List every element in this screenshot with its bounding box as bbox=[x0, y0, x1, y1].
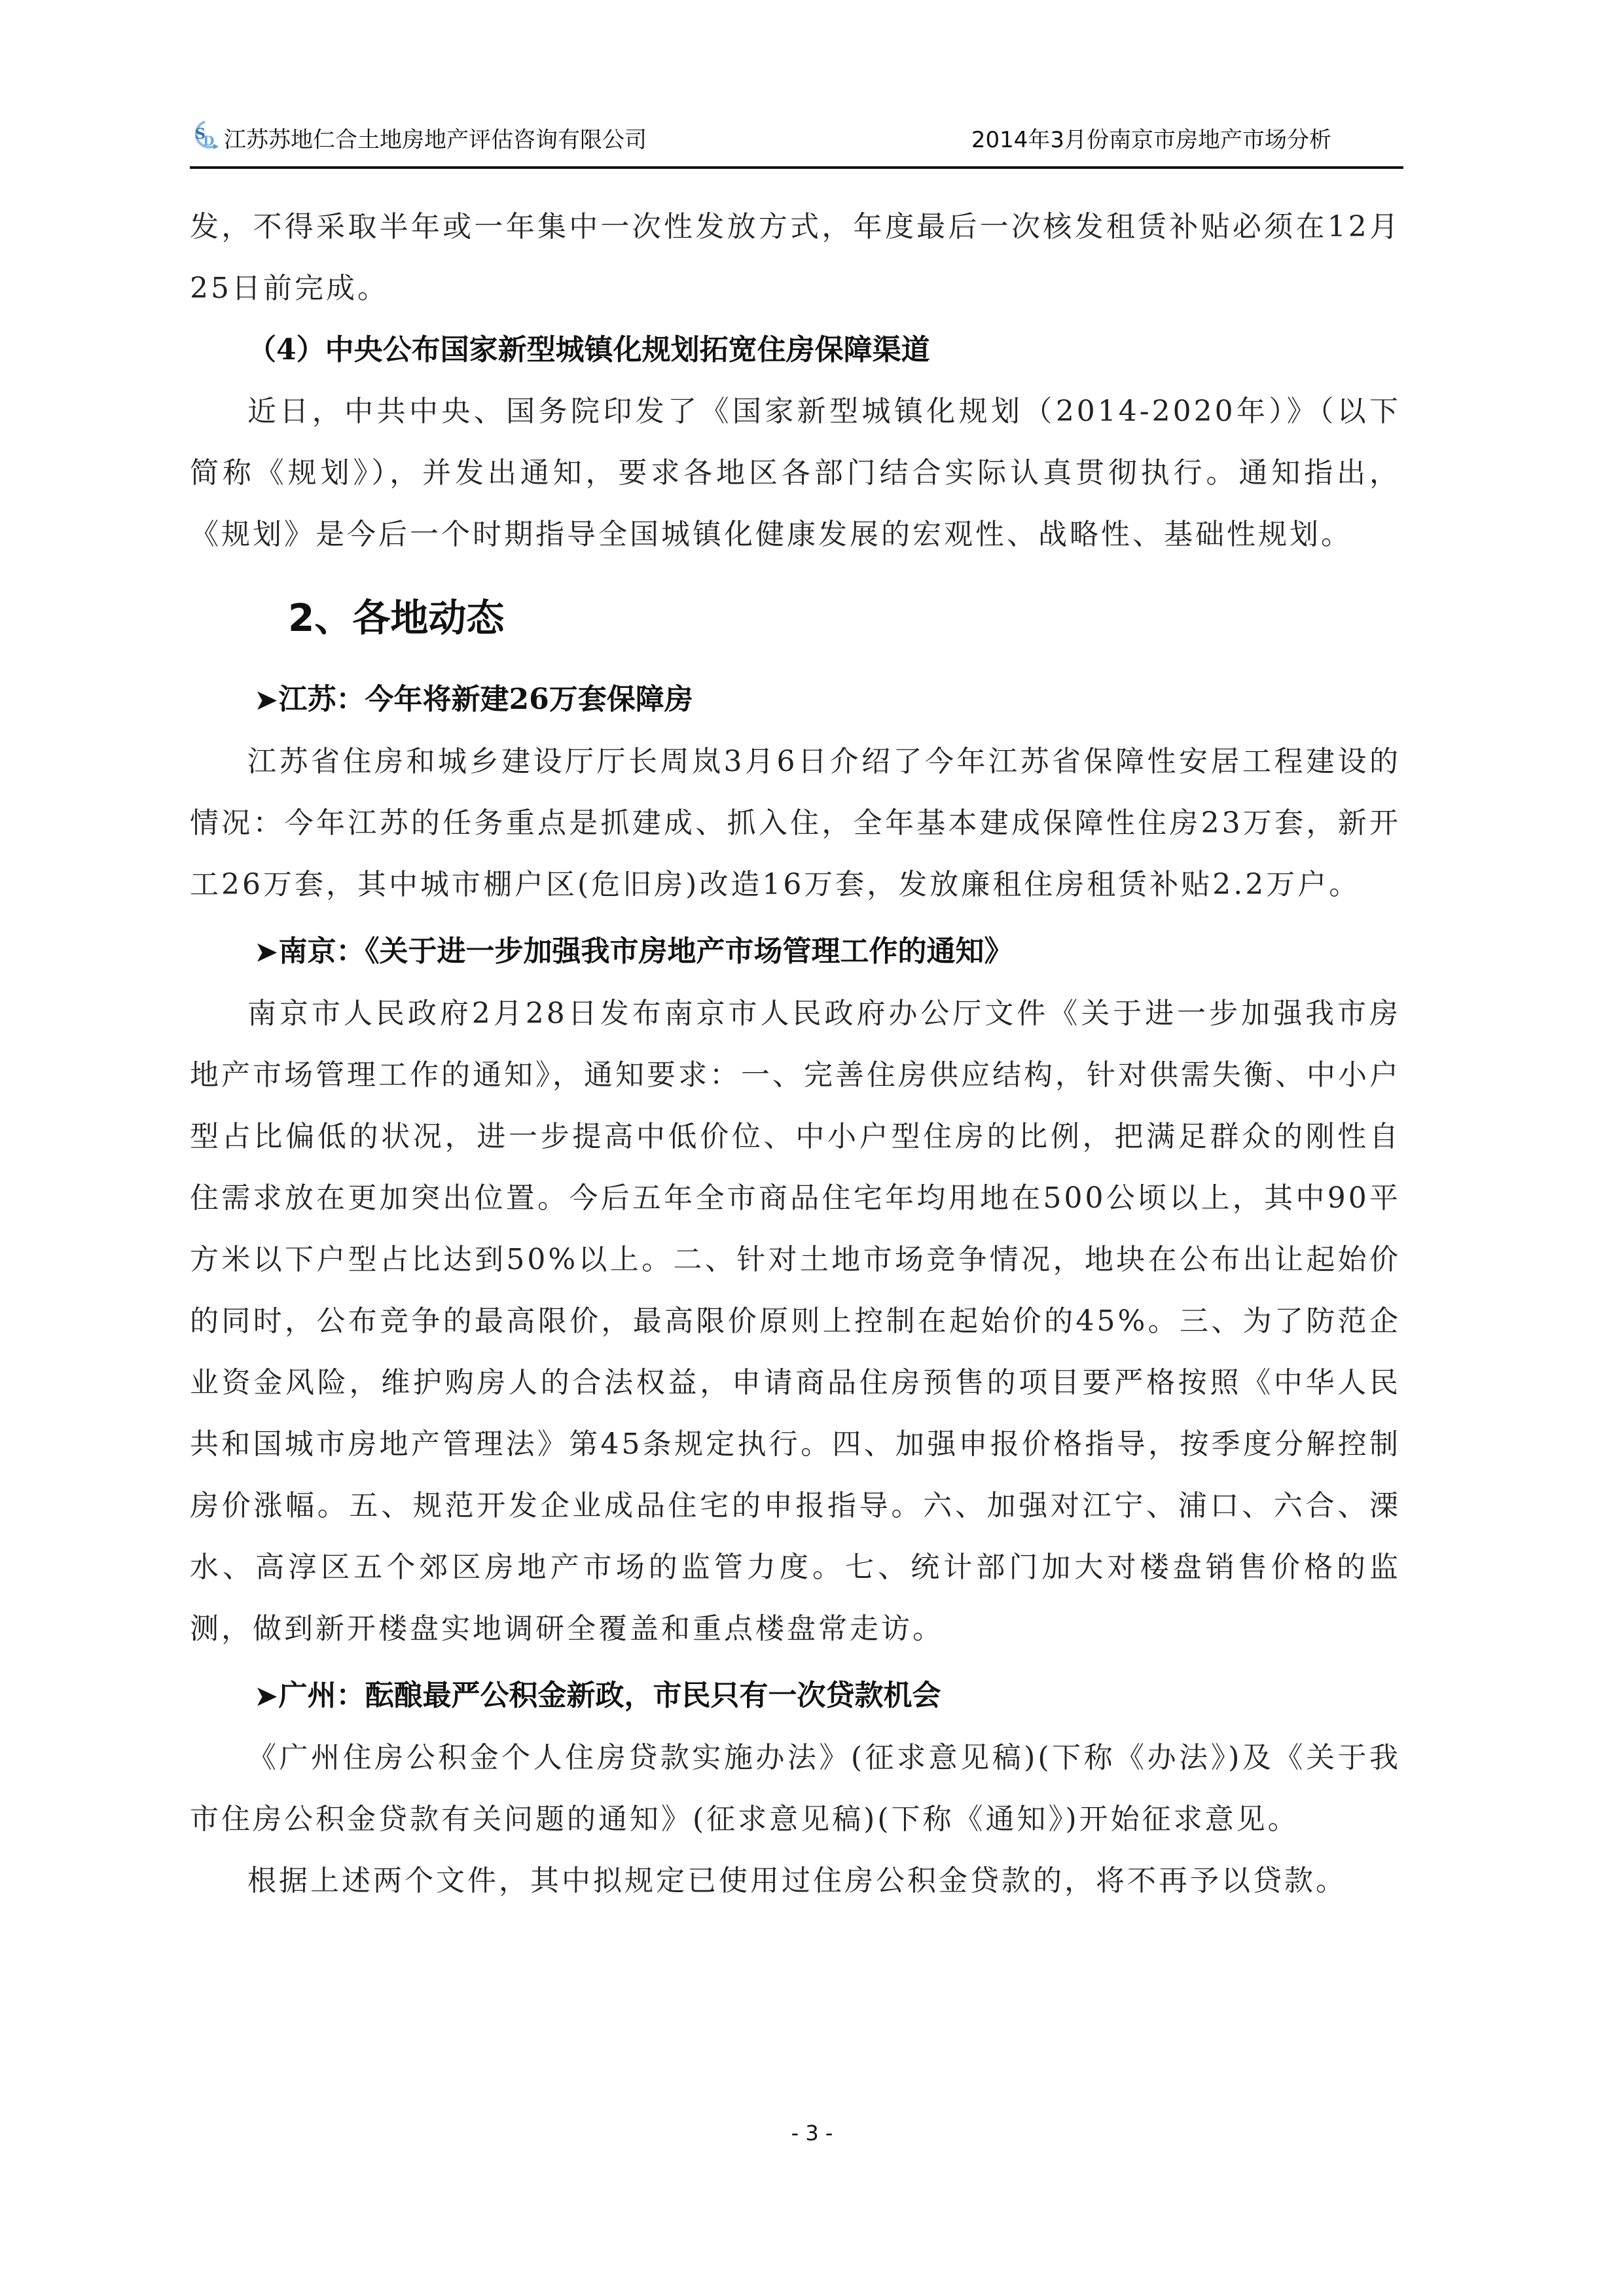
arrow-bullet-icon: ➤ bbox=[255, 1666, 278, 1727]
document-body: 发，不得采取半年或一年集中一次性发放方式，年度最后一次核发租赁补贴必须在12月2… bbox=[190, 196, 1401, 1912]
arrow-bullet-icon: ➤ bbox=[255, 670, 278, 731]
bullet-heading-nanjing: ➤南京：《关于进一步加强我市房地产市场管理工作的通知》 bbox=[190, 921, 1401, 983]
company-name: 江苏苏地仁合土地房地产评估咨询有限公司 bbox=[224, 122, 647, 154]
bullet-heading-jiangsu: ➤江苏：今年将新建26万套保障房 bbox=[190, 669, 1401, 731]
bullet-heading-guangzhou: ➤广州：酝酿最严公积金新政，市民只有一次贷款机会 bbox=[190, 1665, 1401, 1727]
bullet-heading-text: 广州：酝酿最严公积金新政，市民只有一次贷款机会 bbox=[279, 1679, 941, 1712]
page-header: S D 江苏苏地仁合土地房地产评估咨询有限公司 2014年3月份南京市房地产市场… bbox=[190, 111, 1403, 164]
header-divider bbox=[190, 166, 1403, 169]
subheading-4: （4）中央公布国家新型城镇化规划拓宽住房保障渠道 bbox=[190, 319, 1401, 381]
bullet-heading-text: 南京：《关于进一步加强我市房地产市场管理工作的通知》 bbox=[279, 935, 1013, 968]
page-number: - 3 - bbox=[0, 2121, 1624, 2145]
paragraph-guangzhou-1: 《广州住房公积金个人住房贷款实施办法》(征求意见稿)(下称《办法》)及《关于我市… bbox=[190, 1727, 1401, 1850]
paragraph-nanjing: 南京市人民政府2月28日发布南京市人民政府办公厅文件《关于进一步加强我市房地产市… bbox=[190, 983, 1401, 1660]
paragraph-guangzhou-2: 根据上述两个文件，其中拟规定已使用过住房公积金贷款的，将不再予以贷款。 bbox=[190, 1850, 1401, 1912]
svg-text:D: D bbox=[203, 133, 214, 149]
paragraph-urbanization-plan: 近日，中共中央、国务院印发了《国家新型城镇化规划（2014-2020年）》（以下… bbox=[190, 381, 1401, 565]
arrow-bullet-icon: ➤ bbox=[255, 922, 278, 983]
company-logo-icon: S D bbox=[190, 119, 220, 156]
paragraph-jiangsu: 江苏省住房和城乡建设厅厅长周岚3月6日介绍了今年江苏省保障性安居工程建设的情况：… bbox=[190, 731, 1401, 916]
report-title: 2014年3月份南京市房地产市场分析 bbox=[971, 122, 1331, 154]
bullet-heading-text: 江苏：今年将新建26万套保障房 bbox=[279, 683, 693, 716]
paragraph-continuation: 发，不得采取半年或一年集中一次性发放方式，年度最后一次核发租赁补贴必须在12月2… bbox=[190, 196, 1401, 319]
section-heading-local-news: 2、各地动态 bbox=[190, 572, 1401, 664]
header-left: S D 江苏苏地仁合土地房地产评估咨询有限公司 bbox=[190, 119, 647, 156]
